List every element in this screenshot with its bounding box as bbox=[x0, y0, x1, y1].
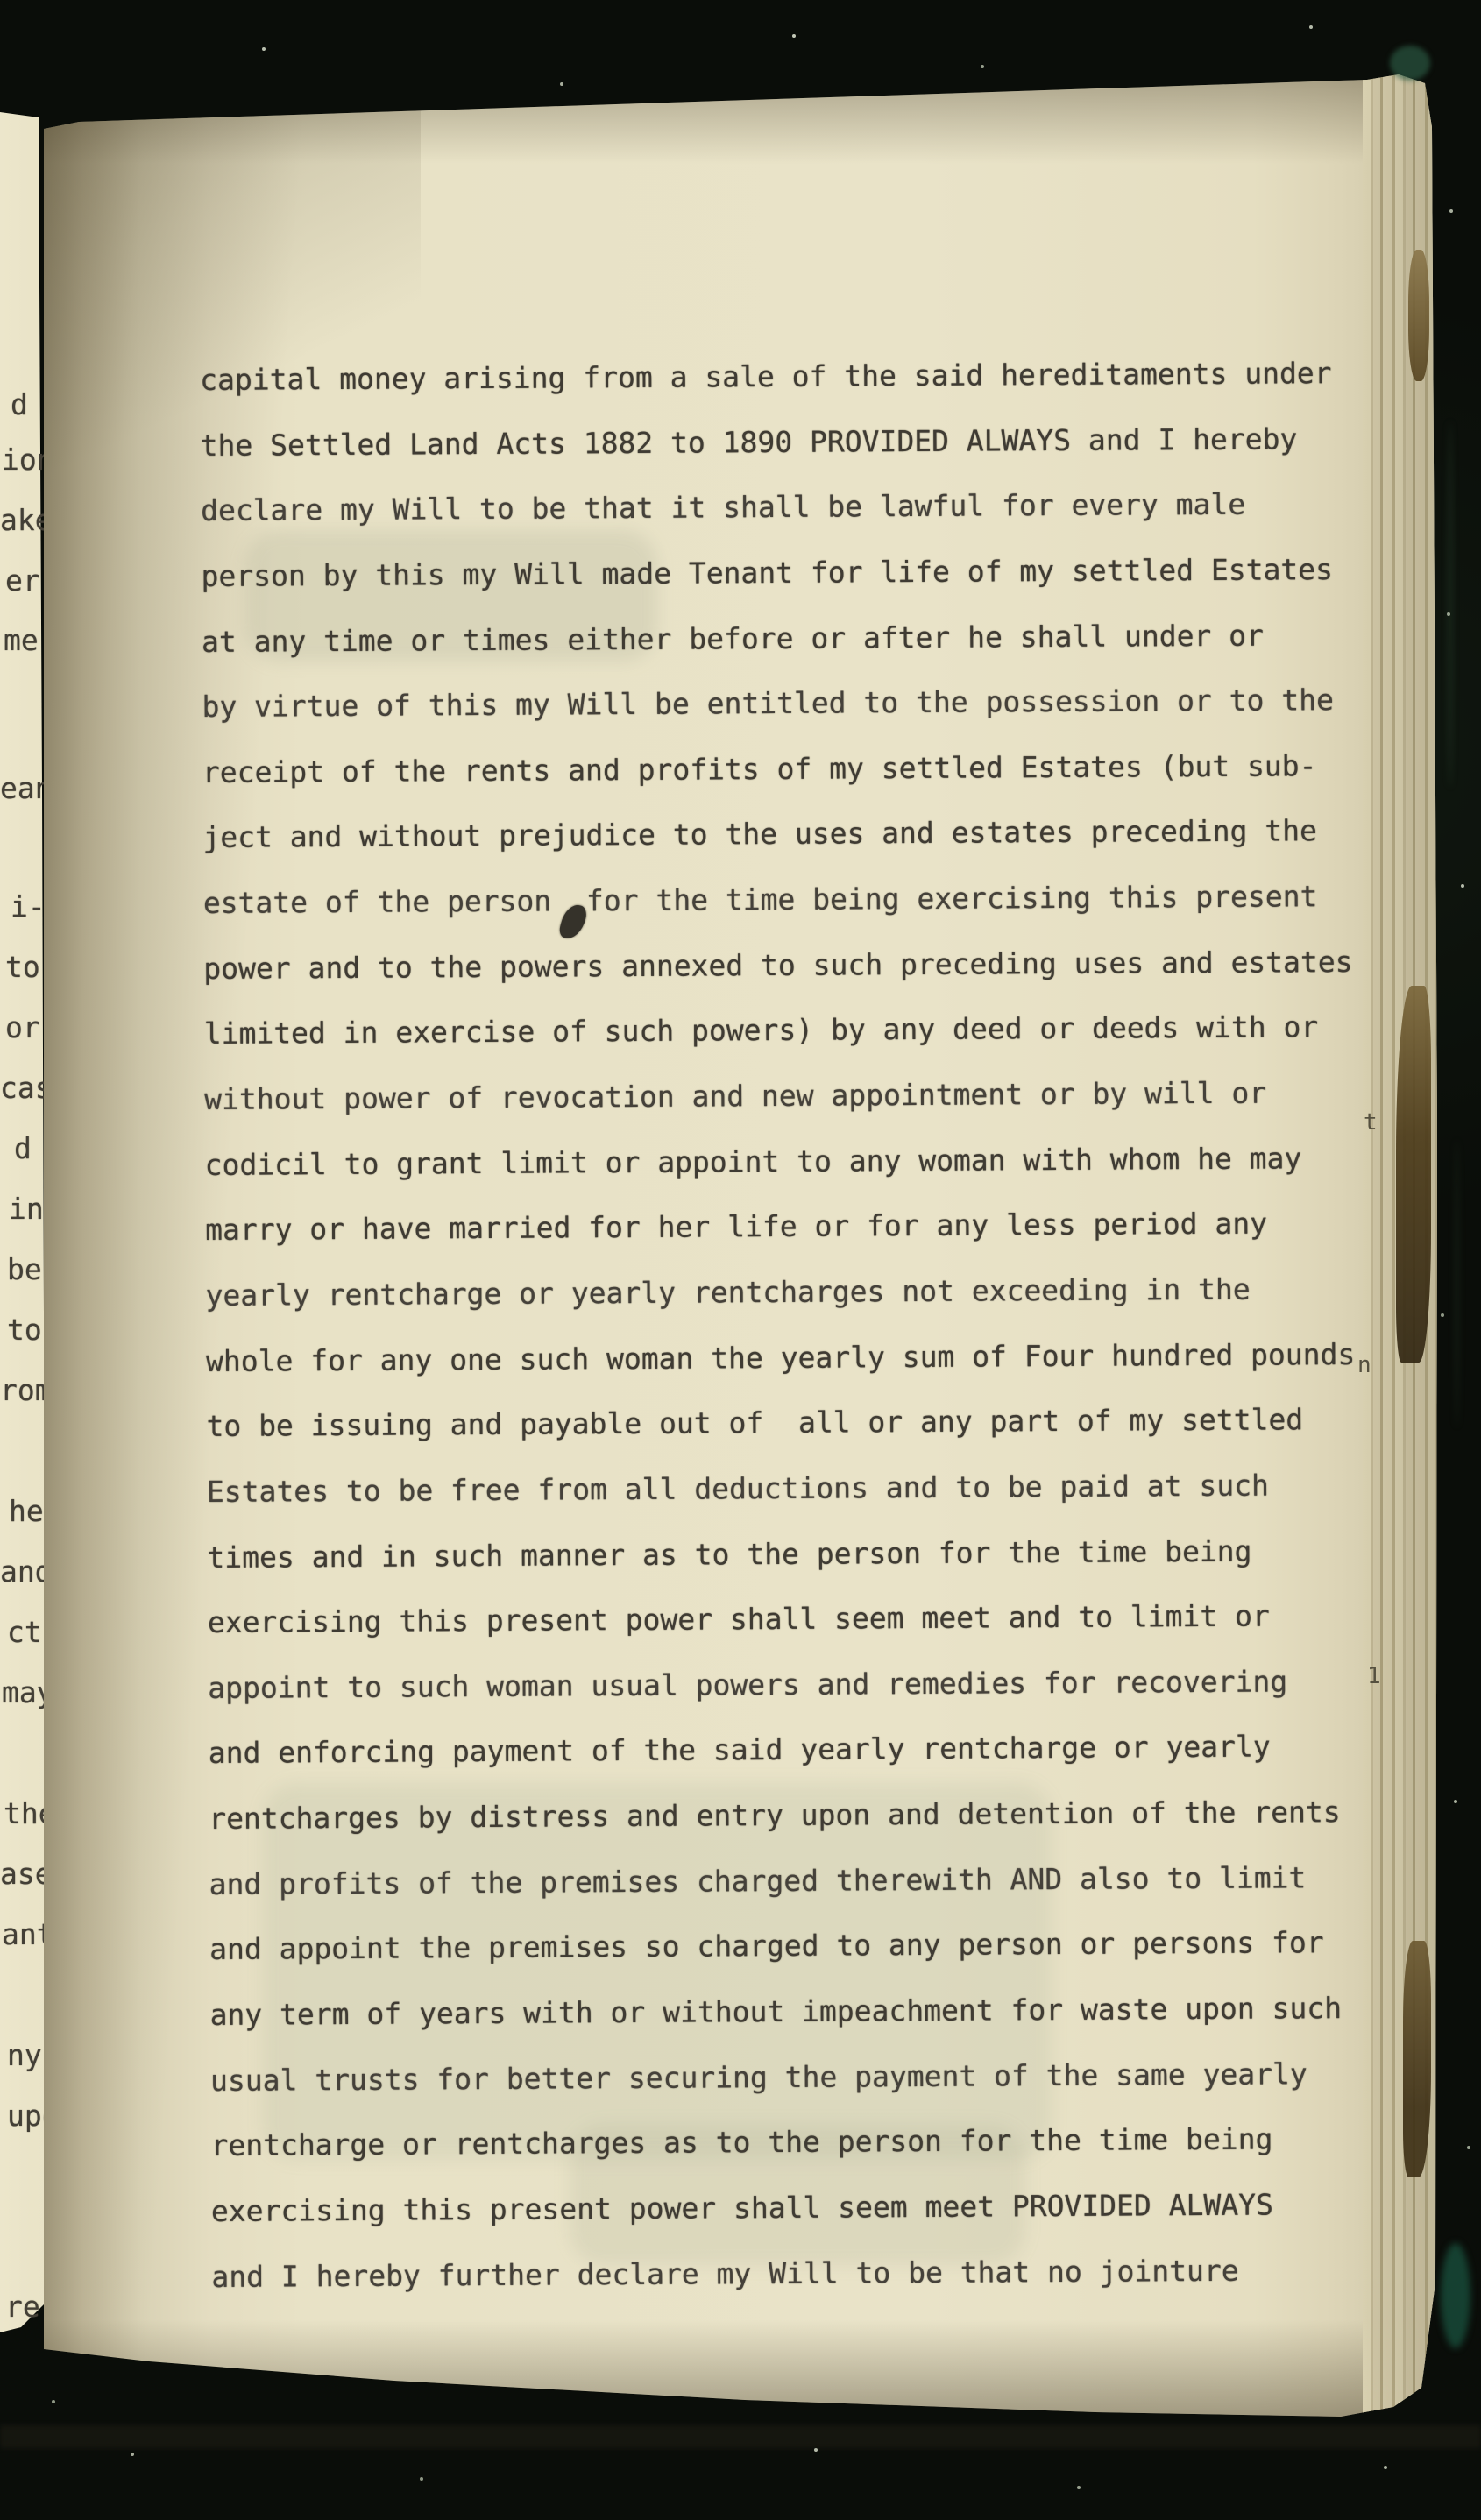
top-edge-shadow bbox=[44, 74, 1437, 180]
bottom-edge-shadow bbox=[44, 2309, 1437, 2423]
text-line: whole for any one such woman the yearly … bbox=[206, 1321, 1407, 1394]
text-line: without power of revocation and new appo… bbox=[204, 1060, 1405, 1133]
text-line: times and in such manner as to the perso… bbox=[207, 1518, 1407, 1590]
text-line: Estates to be free from all deductions a… bbox=[207, 1452, 1407, 1525]
text-line: receipt of the rents and profits of my s… bbox=[202, 733, 1403, 805]
text-line: declare my Will to be that it shall be l… bbox=[201, 471, 1401, 544]
text-line: at any time or times either before or af… bbox=[202, 602, 1402, 675]
text-line: ject and without prejudice to the uses a… bbox=[202, 798, 1403, 871]
page-edge-character: n bbox=[1357, 1354, 1371, 1377]
typewritten-text: capital money arising from a sale of the… bbox=[200, 341, 1413, 2311]
text-line: capital money arising from a sale of the… bbox=[200, 341, 1400, 414]
text-line: exercising this present power shall seem… bbox=[211, 2172, 1412, 2245]
torn-edge-patch bbox=[1403, 1941, 1431, 2177]
under-page-edge bbox=[0, 2425, 1481, 2448]
text-line: yearly rentcharge or yearly rentcharges … bbox=[205, 1256, 1406, 1329]
text-line: and profits of the premises charged ther… bbox=[209, 1844, 1409, 1917]
text-line: to be issuing and payable out of all or … bbox=[206, 1387, 1407, 1460]
text-line: and enforcing payment of the said yearly… bbox=[209, 1714, 1409, 1787]
page-edge-stack bbox=[1363, 74, 1437, 2423]
book-photo: dionakeermeeansi-toorcasedinbetoromheand… bbox=[0, 0, 1481, 2520]
green-smudge-top-right bbox=[1390, 46, 1430, 81]
document-page: capital money arising from a sale of the… bbox=[44, 74, 1437, 2423]
text-line: rentcharges by distress and entry upon a… bbox=[209, 1780, 1409, 1852]
green-smudge-bottom-right bbox=[1441, 2243, 1470, 2348]
text-line: codicil to grant limit or appoint to any… bbox=[204, 1125, 1405, 1198]
torn-edge-patch bbox=[1396, 986, 1431, 1363]
torn-edge-patch bbox=[1408, 250, 1429, 381]
text-line: and appoint the premises so charged to a… bbox=[209, 1910, 1410, 1983]
text-line: by virtue of this my Will be entitled to… bbox=[202, 668, 1402, 740]
green-streak bbox=[1455, 1139, 1459, 1428]
page-edge-character: t bbox=[1364, 1111, 1378, 1134]
text-line: person by this my Will made Tenant for l… bbox=[201, 537, 1401, 610]
text-line: marry or have married for her life or fo… bbox=[205, 1191, 1406, 1264]
dust-specks bbox=[0, 0, 2, 2]
text-line: the Settled Land Acts 1882 to 1890 PROVI… bbox=[200, 406, 1400, 478]
text-line: usual trusts for better securing the pay… bbox=[210, 2041, 1411, 2113]
text-line: and I hereby further declare my Will to … bbox=[211, 2237, 1412, 2310]
text-line: rentcharge or rentcharges as to the pers… bbox=[210, 2106, 1411, 2179]
text-line: power and to the powers annexed to such … bbox=[203, 929, 1404, 1002]
text-line: appoint to such woman usual powers and r… bbox=[208, 1648, 1408, 1721]
green-streak bbox=[1448, 421, 1453, 789]
text-line: limited in exercise of such powers) by a… bbox=[204, 995, 1405, 1067]
page-edge-character: 1 bbox=[1367, 1665, 1381, 1688]
text-line: any term of years with or without impeac… bbox=[209, 1976, 1410, 2049]
text-line: estate of the person for the time being … bbox=[203, 864, 1404, 937]
text-line: exercising this present power shall seem… bbox=[208, 1583, 1408, 1656]
